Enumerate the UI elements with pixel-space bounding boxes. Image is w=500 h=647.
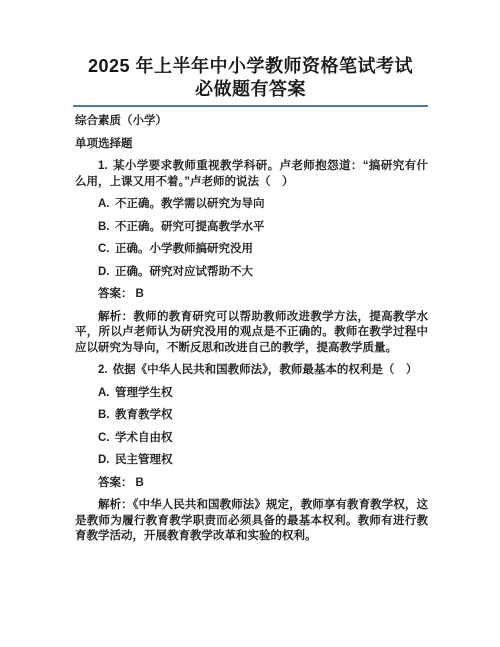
question-1-option-c: C.正确。小学教师搞研究没用 <box>98 242 428 258</box>
answer-value: B <box>136 477 144 489</box>
option-label: D. <box>98 265 115 281</box>
question-number: 1. <box>98 160 108 172</box>
analysis-label: 解析： <box>98 499 133 511</box>
option-label: B. <box>98 220 115 236</box>
document-title: 2025 年上半年中小学教师资格笔试考试 必做题有答案 <box>73 55 428 101</box>
answer-label: 答案： <box>98 288 133 300</box>
subject-line: 综合素质（小学） <box>75 114 428 130</box>
option-text: 管理学生权 <box>115 387 173 399</box>
page-content: 2025 年上半年中小学教师资格笔试考试 必做题有答案 综合素质（小学） 单项选… <box>0 0 500 545</box>
question-2-analysis: 解析：《中华人民共和国教师法》规定，教师享有教育教学权，这是教师为履行教育教学职… <box>75 498 428 545</box>
question-1-answer-line: 答案：B <box>75 287 428 303</box>
document-title-line-2: 必做题有答案 <box>73 78 428 101</box>
question-stem-text: 某小学要求教师重视教学科研。卢老师抱怨道：“搞研究有什么用，上课又用不着。”卢老… <box>75 160 428 188</box>
question-2-option-b: B.教育教学权 <box>98 408 428 424</box>
option-label: B. <box>98 408 115 424</box>
title-block: 2025 年上半年中小学教师资格笔试考试 必做题有答案 <box>73 55 428 107</box>
option-label: A. <box>98 386 115 402</box>
question-1-option-a: A.不正确。教学需以研究为导向 <box>98 197 428 213</box>
option-text: 学术自由权 <box>115 432 173 444</box>
question-1-option-b: B.不正确。研究可提高教学水平 <box>98 220 428 236</box>
option-text: 民主管理权 <box>115 454 173 466</box>
analysis-label: 解析： <box>98 311 133 323</box>
question-1-option-d: D.正确。研究对应试帮助不大 <box>98 265 428 281</box>
question-2-option-a: A.管理学生权 <box>98 386 428 402</box>
question-2-option-c: C.学术自由权 <box>98 431 428 447</box>
option-label: C. <box>98 431 115 447</box>
option-text: 教育教学权 <box>115 409 173 421</box>
option-label: D. <box>98 453 115 469</box>
option-label: C. <box>98 242 115 258</box>
document-page: 2025 年上半年中小学教师资格笔试考试 必做题有答案 综合素质（小学） 单项选… <box>0 0 500 647</box>
document-title-line-1: 2025 年上半年中小学教师资格笔试考试 <box>73 55 428 78</box>
question-1: 1.某小学要求教师重视教学科研。卢老师抱怨道：“搞研究有什么用，上课又用不着。”… <box>75 159 428 356</box>
question-1-stem: 1.某小学要求教师重视教学科研。卢老师抱怨道：“搞研究有什么用，上课又用不着。”… <box>75 159 428 190</box>
question-2-answer-line: 答案：B <box>75 476 428 492</box>
question-number: 2. <box>98 364 108 376</box>
option-text: 正确。研究对应试帮助不大 <box>115 266 253 278</box>
section-heading: 单项选择题 <box>75 137 428 153</box>
question-2-stem: 2.依据《中华人民共和国教师法》，教师最基本的权利是（ ） <box>75 363 428 379</box>
answer-label: 答案： <box>98 477 133 489</box>
option-text: 不正确。研究可提高教学水平 <box>115 221 265 233</box>
option-label: A. <box>98 197 115 213</box>
question-stem-text: 依据《中华人民共和国教师法》，教师最基本的权利是（ ） <box>113 364 418 376</box>
option-text: 正确。小学教师搞研究没用 <box>115 243 253 255</box>
answer-value: B <box>136 288 144 300</box>
question-1-analysis: 解析：教师的教育研究可以帮助教师改进教学方法，提高教学水平，所以卢老师认为研究没… <box>75 310 428 357</box>
question-2-option-d: D.民主管理权 <box>98 453 428 469</box>
question-2: 2.依据《中华人民共和国教师法》，教师最基本的权利是（ ） A.管理学生权 B.… <box>75 363 428 545</box>
option-text: 不正确。教学需以研究为导向 <box>115 198 265 210</box>
document-body: 综合素质（小学） 单项选择题 1.某小学要求教师重视教学科研。卢老师抱怨道：“搞… <box>75 114 428 545</box>
